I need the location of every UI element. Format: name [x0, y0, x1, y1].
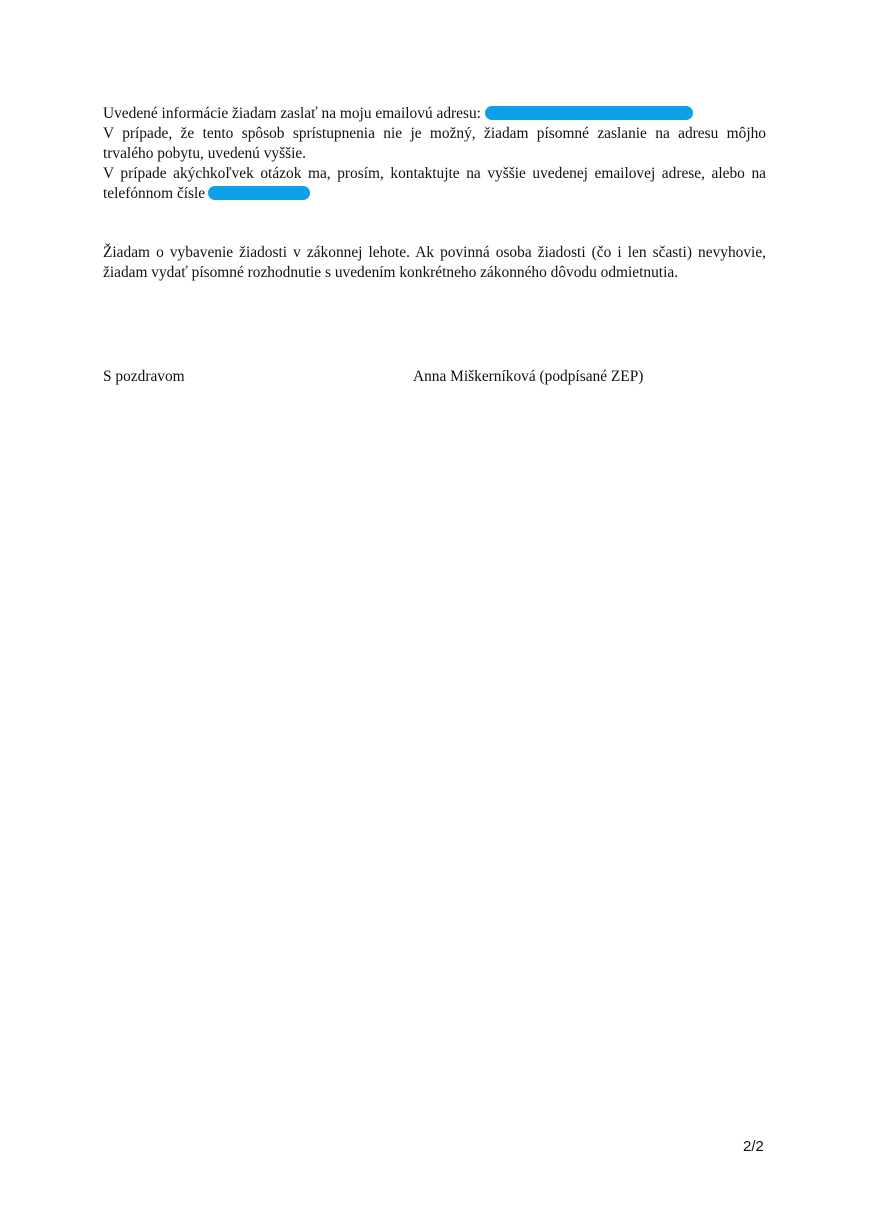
deadline-paragraph: Žiadam o vybavenie žiadosti v zákonnej l… — [103, 243, 766, 283]
phone-label: telefónnom čísle — [103, 185, 205, 202]
signature: Anna Miškerníková (podpísané ZEP) — [413, 367, 643, 387]
contact-paragraph: Uvedené informácie žiadam zaslať na moju… — [103, 104, 766, 204]
document-page: Uvedené informácie žiadam zaslať na moju… — [0, 0, 869, 1228]
contact-questions-line: V prípade akýchkoľvek otázok ma, prosím,… — [103, 164, 766, 184]
redacted-phone — [208, 186, 310, 200]
email-request-line: Uvedené informácie žiadam zaslať na moju… — [103, 104, 766, 124]
phone-line: telefónnom čísle — [103, 184, 766, 204]
redacted-email — [485, 106, 693, 120]
email-request-text: Uvedené informácie žiadam zaslať na moju… — [103, 105, 481, 122]
postal-alternative-line-cont: trvalého pobytu, uvedenú vyššie. — [103, 144, 766, 164]
deadline-line-1: Žiadam o vybavenie žiadosti v zákonnej l… — [103, 243, 766, 263]
closing-greeting: S pozdravom — [103, 367, 185, 387]
page-number: 2/2 — [743, 1138, 764, 1155]
postal-alternative-line: V prípade, že tento spôsob sprístupnenia… — [103, 124, 766, 144]
deadline-line-2: žiadam vydať písomné rozhodnutie s uvede… — [103, 263, 766, 283]
